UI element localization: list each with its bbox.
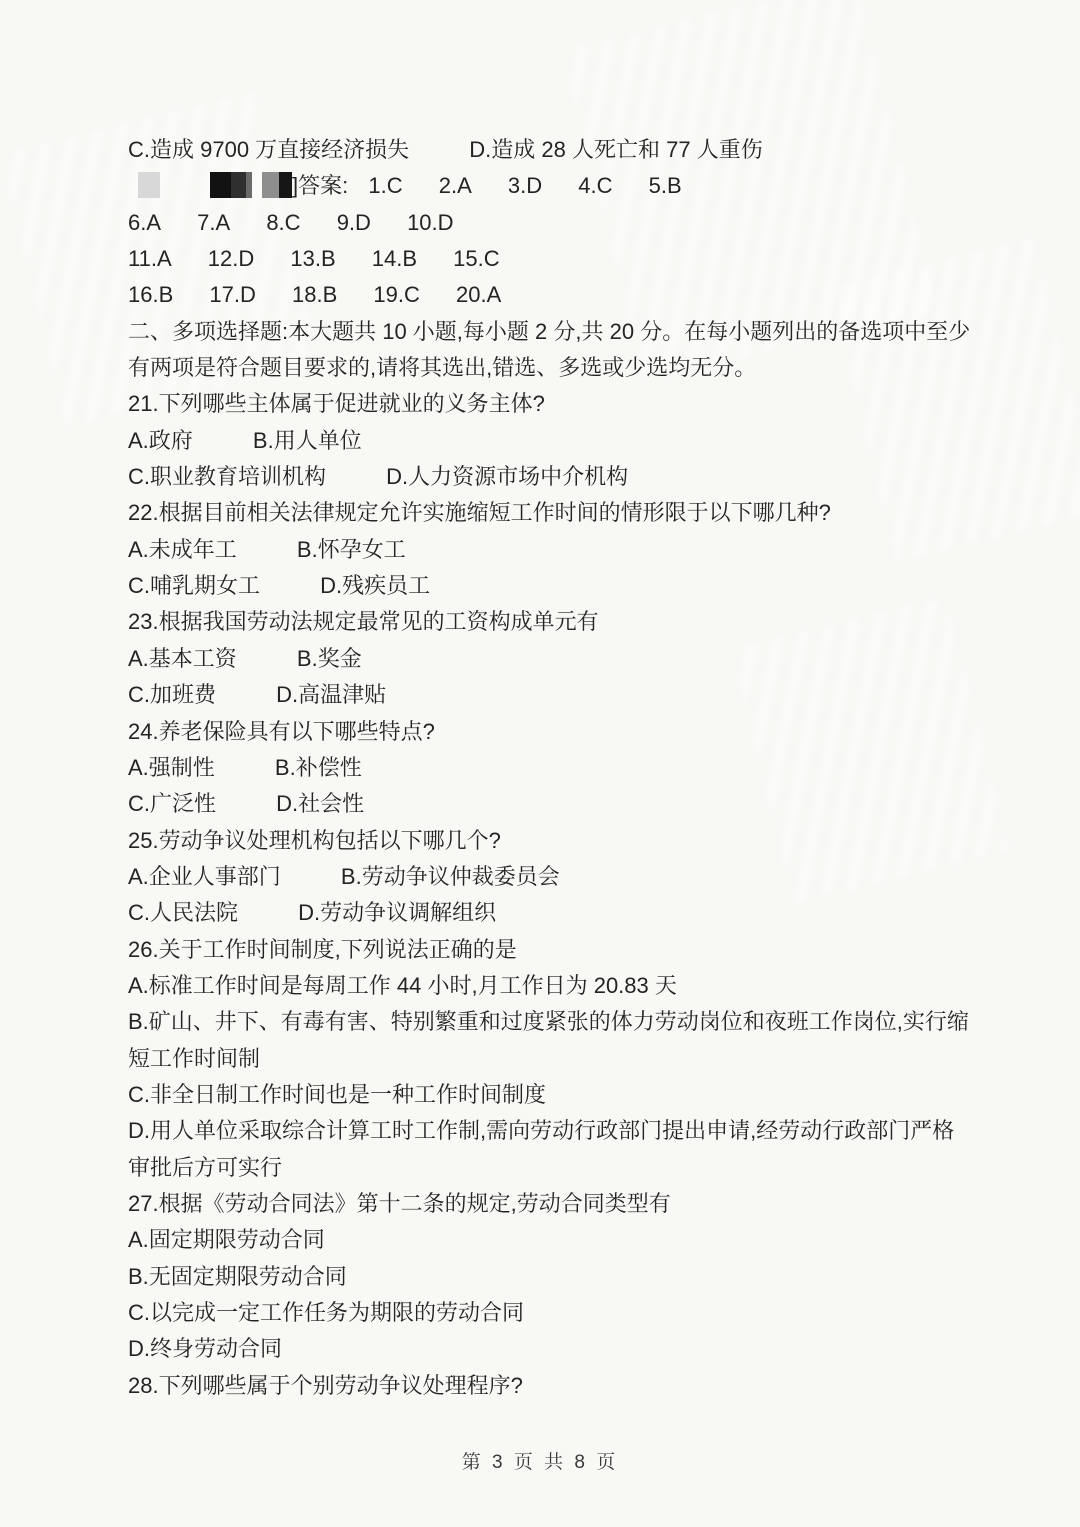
option-a: A.强制性: [128, 755, 215, 780]
question-22-options-ab: A.未成年工 B.怀孕女工: [128, 532, 964, 568]
option-a: A.企业人事部门: [128, 864, 281, 889]
option-c: C.造成 9700 万直接经济损失: [128, 137, 409, 162]
option-c: C.哺乳期女工: [128, 573, 260, 598]
answer-item: 12.D: [208, 246, 254, 271]
answer-item: 4.C: [578, 173, 612, 198]
answer-item: 3.D: [508, 173, 542, 198]
answer-item: 16.B: [128, 282, 173, 307]
section2-intro-line2: 有两项是符合题目要求的,请将其选出,错选、多选或少选均无分。: [128, 350, 964, 386]
option-c: C.职业教育培训机构: [128, 464, 326, 489]
answer-key-row-1: ]答案: 1.C 2.A 3.D 4.C 5.B: [128, 168, 964, 204]
section2-intro-line1: 二、多项选择题:本大题共 10 小题,每小题 2 分,共 20 分。在每小题列出…: [128, 314, 964, 350]
option-b: B.用人单位: [253, 428, 362, 453]
question-21-options-cd: C.职业教育培训机构 D.人力资源市场中介机构: [128, 459, 964, 495]
question-27-option-d: D.终身劳动合同: [128, 1331, 964, 1367]
answer-item: 9.D: [337, 210, 371, 235]
question-26-option-b-line1: B.矿山、井下、有毒有害、特别繁重和过度紧张的体力劳动岗位和夜班工作岗位,实行缩: [128, 1004, 964, 1040]
answer-item: 2.A: [439, 173, 472, 198]
question-24-title: 24.养老保险具有以下哪些特点?: [128, 714, 964, 750]
answer-item: 5.B: [649, 173, 682, 198]
answer-item: 17.D: [209, 282, 255, 307]
question-23-options-ab: A.基本工资 B.奖金: [128, 641, 964, 677]
option-b: B.补偿性: [275, 755, 362, 780]
exam-paper-page: C.造成 9700 万直接经济损失 D.造成 28 人死亡和 77 人重伤 ]答…: [0, 0, 1080, 1527]
option-a: A.未成年工: [128, 537, 237, 562]
answer-item: 20.A: [456, 282, 501, 307]
answer-item: 1.C: [368, 173, 402, 198]
answer-key-row-2: 6.A 7.A 8.C 9.D 10.D: [128, 205, 964, 241]
answer-key-row-4: 16.B 17.D 18.B 19.C 20.A: [128, 277, 964, 313]
question-27-option-a: A.固定期限劳动合同: [128, 1222, 964, 1258]
page-content: C.造成 9700 万直接经济损失 D.造成 28 人死亡和 77 人重伤 ]答…: [128, 132, 964, 1404]
option-a: A.基本工资: [128, 646, 237, 671]
option-b: B.劳动争议仲裁委员会: [341, 864, 560, 889]
question-22-options-cd: C.哺乳期女工 D.残疾员工: [128, 568, 964, 604]
answer-item: 8.C: [266, 210, 300, 235]
answer-item: 15.C: [453, 246, 499, 271]
option-d: D.高温津贴: [276, 682, 386, 707]
redacted-watermark: [128, 172, 292, 198]
option-b: B.奖金: [297, 646, 362, 671]
question-22-title: 22.根据目前相关法律规定允许实施缩短工作时间的情形限于以下哪几种?: [128, 495, 964, 531]
question-26-title: 26.关于工作时间制度,下列说法正确的是: [128, 932, 964, 968]
question-26-option-b-line2: 短工作时间制: [128, 1041, 964, 1077]
question-24-options-cd: C.广泛性 D.社会性: [128, 786, 964, 822]
option-c: C.广泛性: [128, 791, 216, 816]
option-c: C.加班费: [128, 682, 216, 707]
answer-item: 6.A: [128, 210, 161, 235]
answer-item: 18.B: [292, 282, 337, 307]
option-d: D.造成 28 人死亡和 77 人重伤: [469, 137, 762, 162]
option-d: D.社会性: [276, 791, 364, 816]
question-21-options-ab: A.政府 B.用人单位: [128, 423, 964, 459]
answer-item: 19.C: [373, 282, 419, 307]
question-27-option-b: B.无固定期限劳动合同: [128, 1259, 964, 1295]
question-26-option-c: C.非全日制工作时间也是一种工作时间制度: [128, 1077, 964, 1113]
answer-item: 14.B: [372, 246, 417, 271]
answer-item: 11.A: [128, 246, 172, 271]
question-24-options-ab: A.强制性 B.补偿性: [128, 750, 964, 786]
option-d: D.残疾员工: [320, 573, 430, 598]
option-d: D.人力资源市场中介机构: [386, 464, 628, 489]
question-25-title: 25.劳动争议处理机构包括以下哪几个?: [128, 823, 964, 859]
question-28-title: 28.下列哪些属于个别劳动争议处理程序?: [128, 1368, 964, 1404]
question-25-options-cd: C.人民法院 D.劳动争议调解组织: [128, 895, 964, 931]
option-b: B.怀孕女工: [297, 537, 406, 562]
option-a: A.政府: [128, 428, 193, 453]
option-c: C.人民法院: [128, 900, 238, 925]
question-27-option-c: C.以完成一定工作任务为期限的劳动合同: [128, 1295, 964, 1331]
question-26-option-d-line1: D.用人单位采取综合计算工时工作制,需向劳动行政部门提出申请,经劳动行政部门严格: [128, 1113, 964, 1149]
prev-question-options-row: C.造成 9700 万直接经济损失 D.造成 28 人死亡和 77 人重伤: [128, 132, 964, 168]
answer-key-label: ]答案:: [292, 173, 348, 198]
question-23-options-cd: C.加班费 D.高温津贴: [128, 677, 964, 713]
question-26-option-d-line2: 审批后方可实行: [128, 1150, 964, 1186]
answer-key-row-3: 11.A 12.D 13.B 14.B 15.C: [128, 241, 964, 277]
question-26-option-a: A.标准工作时间是每周工作 44 小时,月工作日为 20.83 天: [128, 968, 964, 1004]
question-27-title: 27.根据《劳动合同法》第十二条的规定,劳动合同类型有: [128, 1186, 964, 1222]
page-number: 第 3 页 共 8 页: [462, 1452, 619, 1473]
answer-item: 13.B: [290, 246, 335, 271]
page-footer: 第 3 页 共 8 页: [0, 1447, 1080, 1474]
question-21-title: 21.下列哪些主体属于促进就业的义务主体?: [128, 386, 964, 422]
answer-item: 7.A: [197, 210, 230, 235]
answer-item: 10.D: [407, 210, 453, 235]
question-25-options-ab: A.企业人事部门 B.劳动争议仲裁委员会: [128, 859, 964, 895]
option-d: D.劳动争议调解组织: [298, 900, 496, 925]
question-23-title: 23.根据我国劳动法规定最常见的工资构成单元有: [128, 604, 964, 640]
